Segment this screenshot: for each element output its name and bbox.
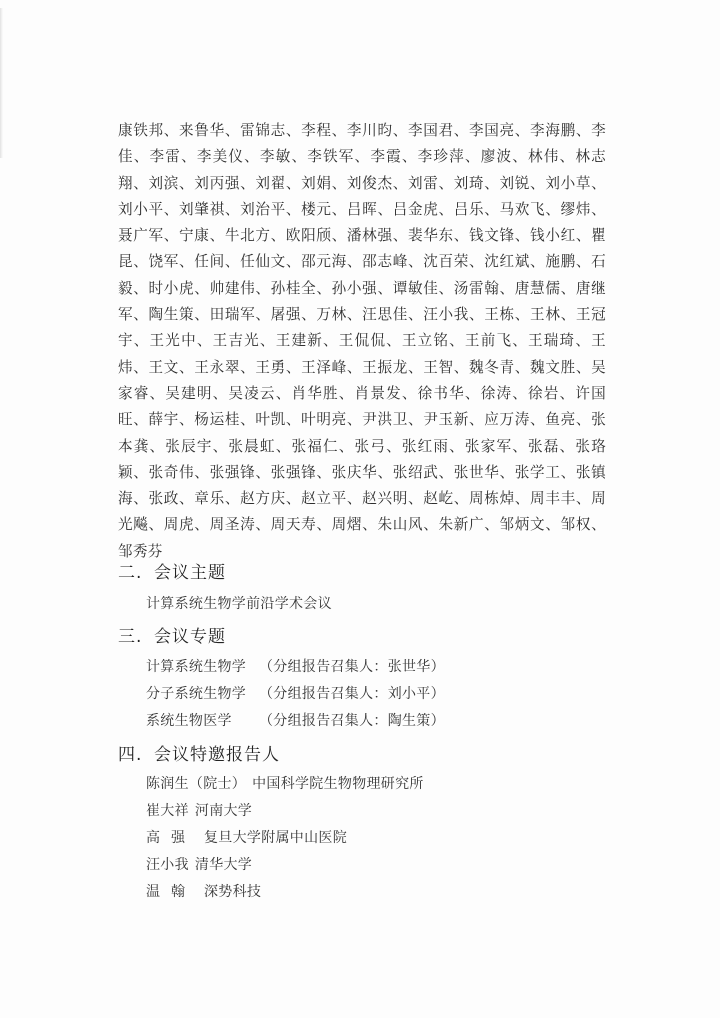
section-number: 三. [118, 622, 154, 647]
topic-item: 计算系统生物学（分组报告召集人：张世华） [146, 656, 445, 676]
topic-name: 分子系统生物学 [146, 683, 259, 703]
topic-name: 系统生物医学 [146, 710, 259, 730]
section-heading-topics: 三.会议专题 [118, 622, 226, 647]
speaker-institution: 中国科学院生物物理研究所 [252, 776, 424, 792]
speaker-name: 温翰 [146, 881, 198, 901]
speaker-name: 高强 [146, 827, 198, 847]
speaker-item: 高强复旦大学附属中山医院 [146, 827, 347, 847]
topic-item: 系统生物医学（分组报告召集人：陶生策） [146, 710, 445, 730]
topic-convener: （分组报告召集人：张世华） [259, 659, 445, 675]
scan-edge-shadow [0, 8, 3, 158]
speaker-institution: 深势科技 [204, 884, 261, 900]
speaker-name: 陈润生（院士） [146, 773, 246, 793]
section-number: 二. [118, 558, 154, 583]
speaker-name: 汪小我 [146, 854, 189, 874]
topic-convener: （分组报告召集人：刘小平） [259, 686, 445, 702]
document-page: 康铁邦、来鲁华、雷锦志、李程、李川昀、李国君、李国亮、李海鹏、李佳、李雷、李美仪… [0, 0, 720, 1018]
speaker-institution: 清华大学 [195, 857, 252, 873]
section-title: 会议专题 [154, 627, 226, 647]
section-heading-theme: 二.会议主题 [118, 558, 226, 583]
section-title: 会议主题 [154, 563, 226, 583]
speaker-item: 温翰深势科技 [146, 881, 261, 901]
theme-content: 计算系统生物学前沿学术会议 [146, 593, 332, 613]
speaker-item: 汪小我清华大学 [146, 854, 252, 874]
speaker-institution: 复旦大学附属中山医院 [204, 830, 347, 846]
topic-convener: （分组报告召集人：陶生策） [259, 713, 445, 729]
section-heading-speakers: 四.会议特邀报告人 [118, 740, 280, 765]
speaker-item: 崔大祥河南大学 [146, 800, 252, 820]
topic-item: 分子系统生物学（分组报告召集人：刘小平） [146, 683, 445, 703]
speaker-institution: 河南大学 [195, 803, 252, 819]
speaker-name: 崔大祥 [146, 800, 189, 820]
section-number: 四. [118, 740, 154, 765]
speaker-item: 陈润生（院士）中国科学院生物物理研究所 [146, 773, 424, 793]
section-title: 会议特邀报告人 [154, 745, 280, 765]
topic-name: 计算系统生物学 [146, 656, 259, 676]
participant-names-paragraph: 康铁邦、来鲁华、雷锦志、李程、李川昀、李国君、李国亮、李海鹏、李佳、李雷、李美仪… [118, 118, 606, 565]
